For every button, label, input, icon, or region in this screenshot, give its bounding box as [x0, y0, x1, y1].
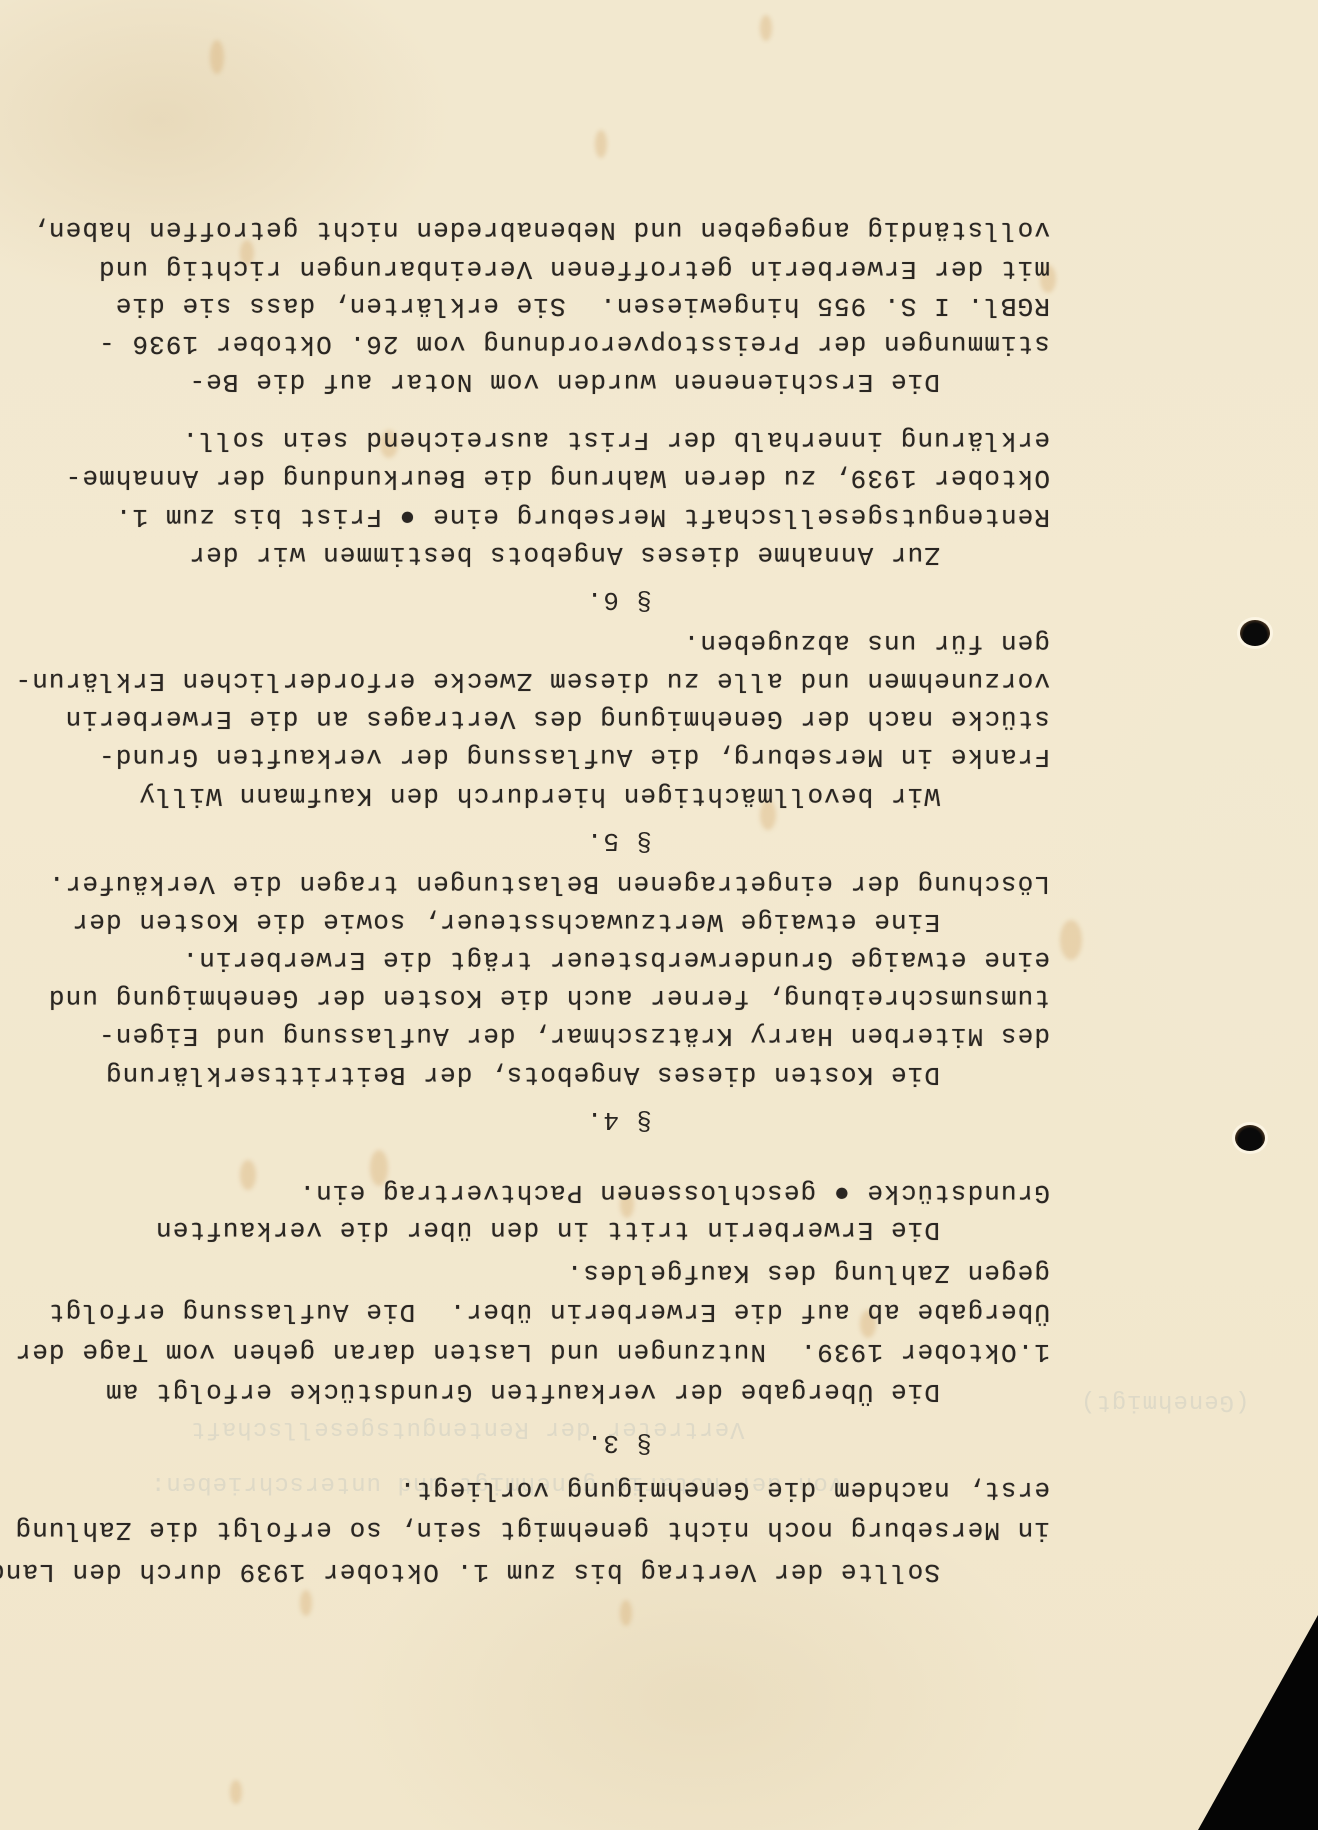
text-line: Eine etwaige Wertzuwachssteuer, sowie di… [71, 907, 940, 937]
contract-page: Sollte der Vertrag bis zum 1. Oktober 19… [0, 0, 1318, 1830]
text-line: Zur Annahme dieses Angebots bestimmen wi… [188, 540, 940, 570]
text-line: des Miterben Harry Krätzschmar, der Aufl… [98, 1021, 1050, 1051]
text-line: Oktober 1939, zu deren Wahrung die Beurk… [65, 463, 1050, 493]
text-line: vorzunehmen und alle zu diesem Zwecke er… [14, 666, 1050, 696]
text-line: tumsumschreibung, ferner auch die Kosten… [48, 983, 1050, 1013]
section-heading-5: § 5. [0, 826, 1318, 856]
text-line: Rentengutsgesellschaft Merseburg eine ● … [115, 502, 1050, 532]
text-line: in Merseburg noch nicht genehmigt sein, … [14, 1515, 1050, 1545]
section-heading-3: § 3. [0, 1428, 1318, 1458]
text-line: Wir bevollmächtigen hierdurch den Kaufma… [138, 781, 940, 811]
text-line: Übergabe ab auf die Erwerberin über. Die… [48, 1297, 1050, 1327]
text-line: erst, nachdem die Genehmigung vorliegt. [399, 1475, 1050, 1505]
text-line: Die Erwerberin tritt in den über die ver… [155, 1215, 940, 1245]
text-line: mit der Erwerberin getroffenen Vereinbar… [98, 254, 1050, 284]
text-line: Löschung der eingetragenen Belastungen t… [48, 869, 1050, 899]
text-line: stimmungen der Preisstopverordnung vom 2… [98, 329, 1050, 359]
section-heading-6: § 6. [0, 585, 1318, 615]
text-line: gegen Zahlung des Kaufgeldes. [566, 1258, 1050, 1288]
text-line: RGBl. I S. 955 hingewiesen. Sie erklärte… [115, 291, 1050, 321]
section-heading-4: § 4. [0, 1105, 1318, 1135]
text-line: erklärung innerhalb der Frist ausreichen… [181, 425, 1050, 455]
text-line: Die Kosten dieses Angebots, der Beitritt… [105, 1060, 940, 1090]
text-line: Die Erschienenen wurden vom Notar auf di… [188, 367, 940, 397]
text-line: 1.Oktober 1939. Nutzungen und Lasten dar… [14, 1337, 1050, 1367]
text-line: gen für uns abzugeben. [683, 628, 1050, 658]
text-line: Sollte der Vertrag bis zum 1. Oktober 19… [0, 1557, 940, 1587]
scan-background-corner [1198, 1615, 1318, 1830]
text-line: Franke in Merseburg, die Auflassung der … [98, 742, 1050, 772]
text-line: stücke nach der Genehmigung des Vertrage… [65, 704, 1050, 734]
text-line: eine etwaige Grunderwerbsteuer trägt die… [181, 945, 1050, 975]
text-line: Grundstücke ● geschlossenen Pachtvertrag… [298, 1178, 1050, 1208]
scanned-document: Vertreter der Rentengutsgesellschaft von… [0, 0, 1318, 1830]
text-line: Die Übergabe der verkauften Grundstücke … [105, 1377, 940, 1407]
text-line: vollständig angegeben und Nebenabreden n… [31, 215, 1050, 245]
